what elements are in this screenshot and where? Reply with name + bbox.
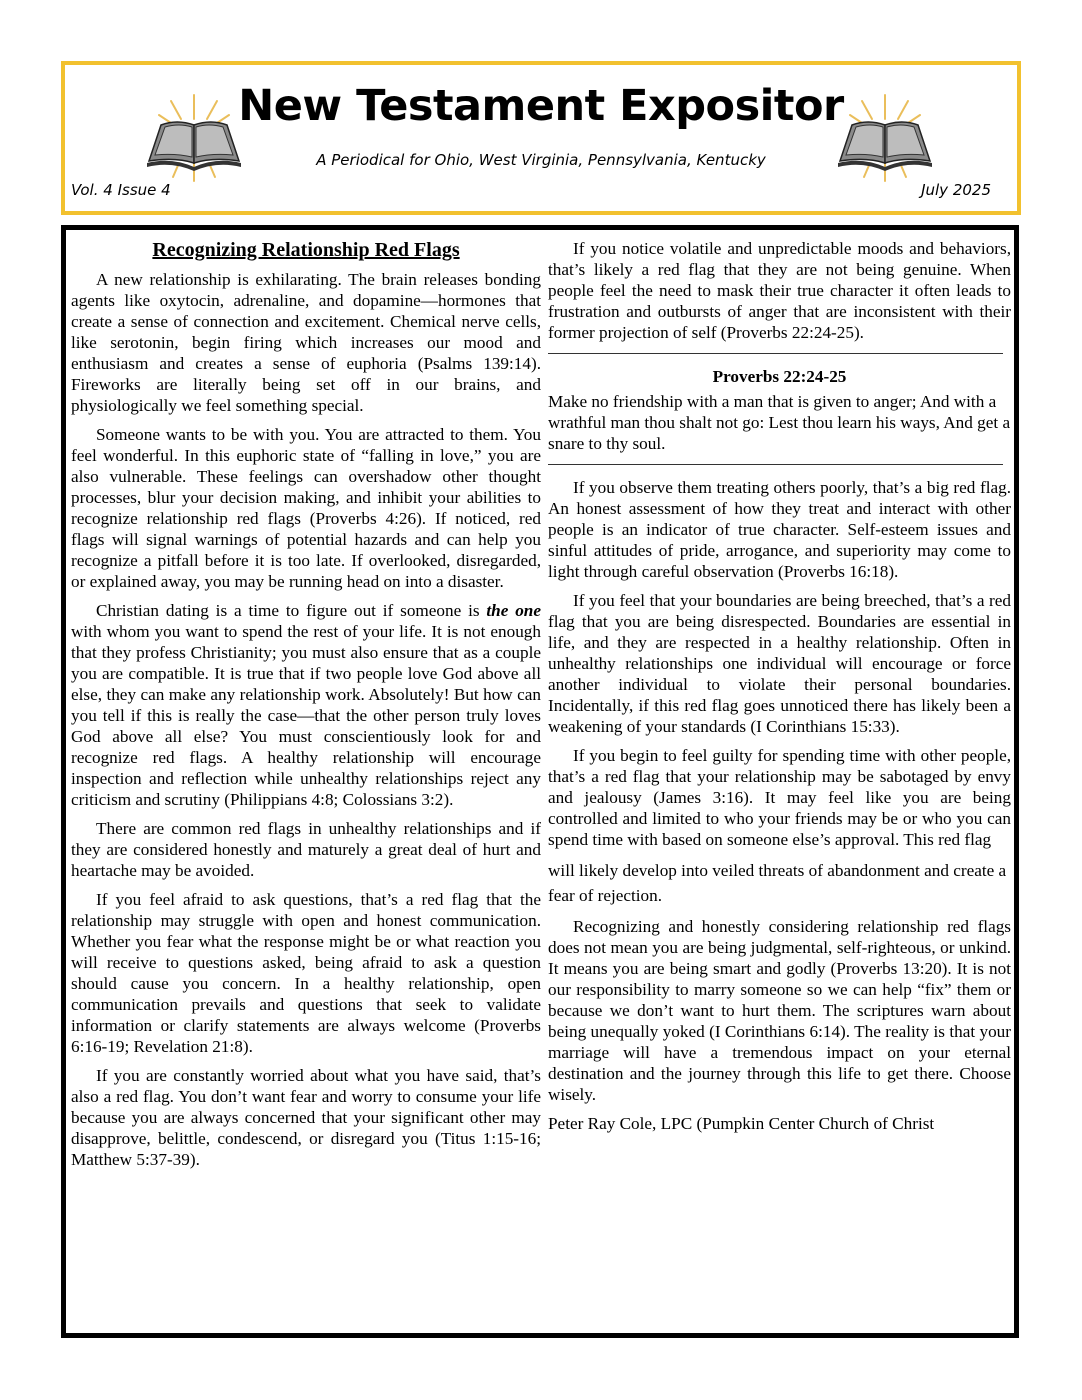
paragraph: If you observe them treating others poor… [548, 477, 1011, 582]
paragraph: If you notice volatile and unpredictable… [548, 238, 1011, 343]
paragraph: If you feel afraid to ask questions, tha… [71, 889, 541, 1057]
verse-text: Make no friendship with a man that is gi… [548, 391, 1011, 454]
issue-date: July 2025 [921, 181, 991, 199]
author-byline: Peter Ray Cole, LPC (Pumpkin Center Chur… [548, 1113, 1011, 1134]
right-column: If you notice volatile and unpredictable… [548, 238, 1011, 1142]
paragraph: A new relationship is exhilarating. The … [71, 269, 541, 416]
article-box: Recognizing Relationship Red Flags A new… [61, 225, 1019, 1338]
verse-title: Proverbs 22:24-25 [548, 366, 1011, 387]
emphasis-the-one: the one [486, 601, 541, 620]
paragraph: If you feel that your boundaries are bei… [548, 590, 1011, 737]
open-bible-icon [832, 93, 938, 183]
volume-issue: Vol. 4 Issue 4 [71, 181, 171, 199]
paragraph: If you begin to feel guilty for spending… [548, 745, 1011, 850]
paragraph-lead: Christian dating is a time to figure out… [96, 601, 480, 620]
paragraph: There are common red flags in unhealthy … [71, 818, 541, 881]
masthead: New Testament Expositor A Periodical for… [61, 61, 1021, 215]
article-title: Recognizing Relationship Red Flags [71, 238, 541, 262]
paragraph: If you are constantly worried about what… [71, 1065, 541, 1170]
divider [548, 464, 1003, 465]
paragraph: Someone wants to be with you. You are at… [71, 424, 541, 592]
paragraph: Christian dating is a time to figure out… [71, 600, 541, 810]
divider [548, 353, 1003, 354]
paragraph-continuation: will likely develop into veiled threats … [548, 858, 1011, 908]
closing-paragraph: Recognizing and honestly considering rel… [548, 916, 1011, 1105]
left-column: Recognizing Relationship Red Flags A new… [71, 238, 541, 1178]
paragraph-rest: with whom you want to spend the rest of … [71, 622, 541, 809]
